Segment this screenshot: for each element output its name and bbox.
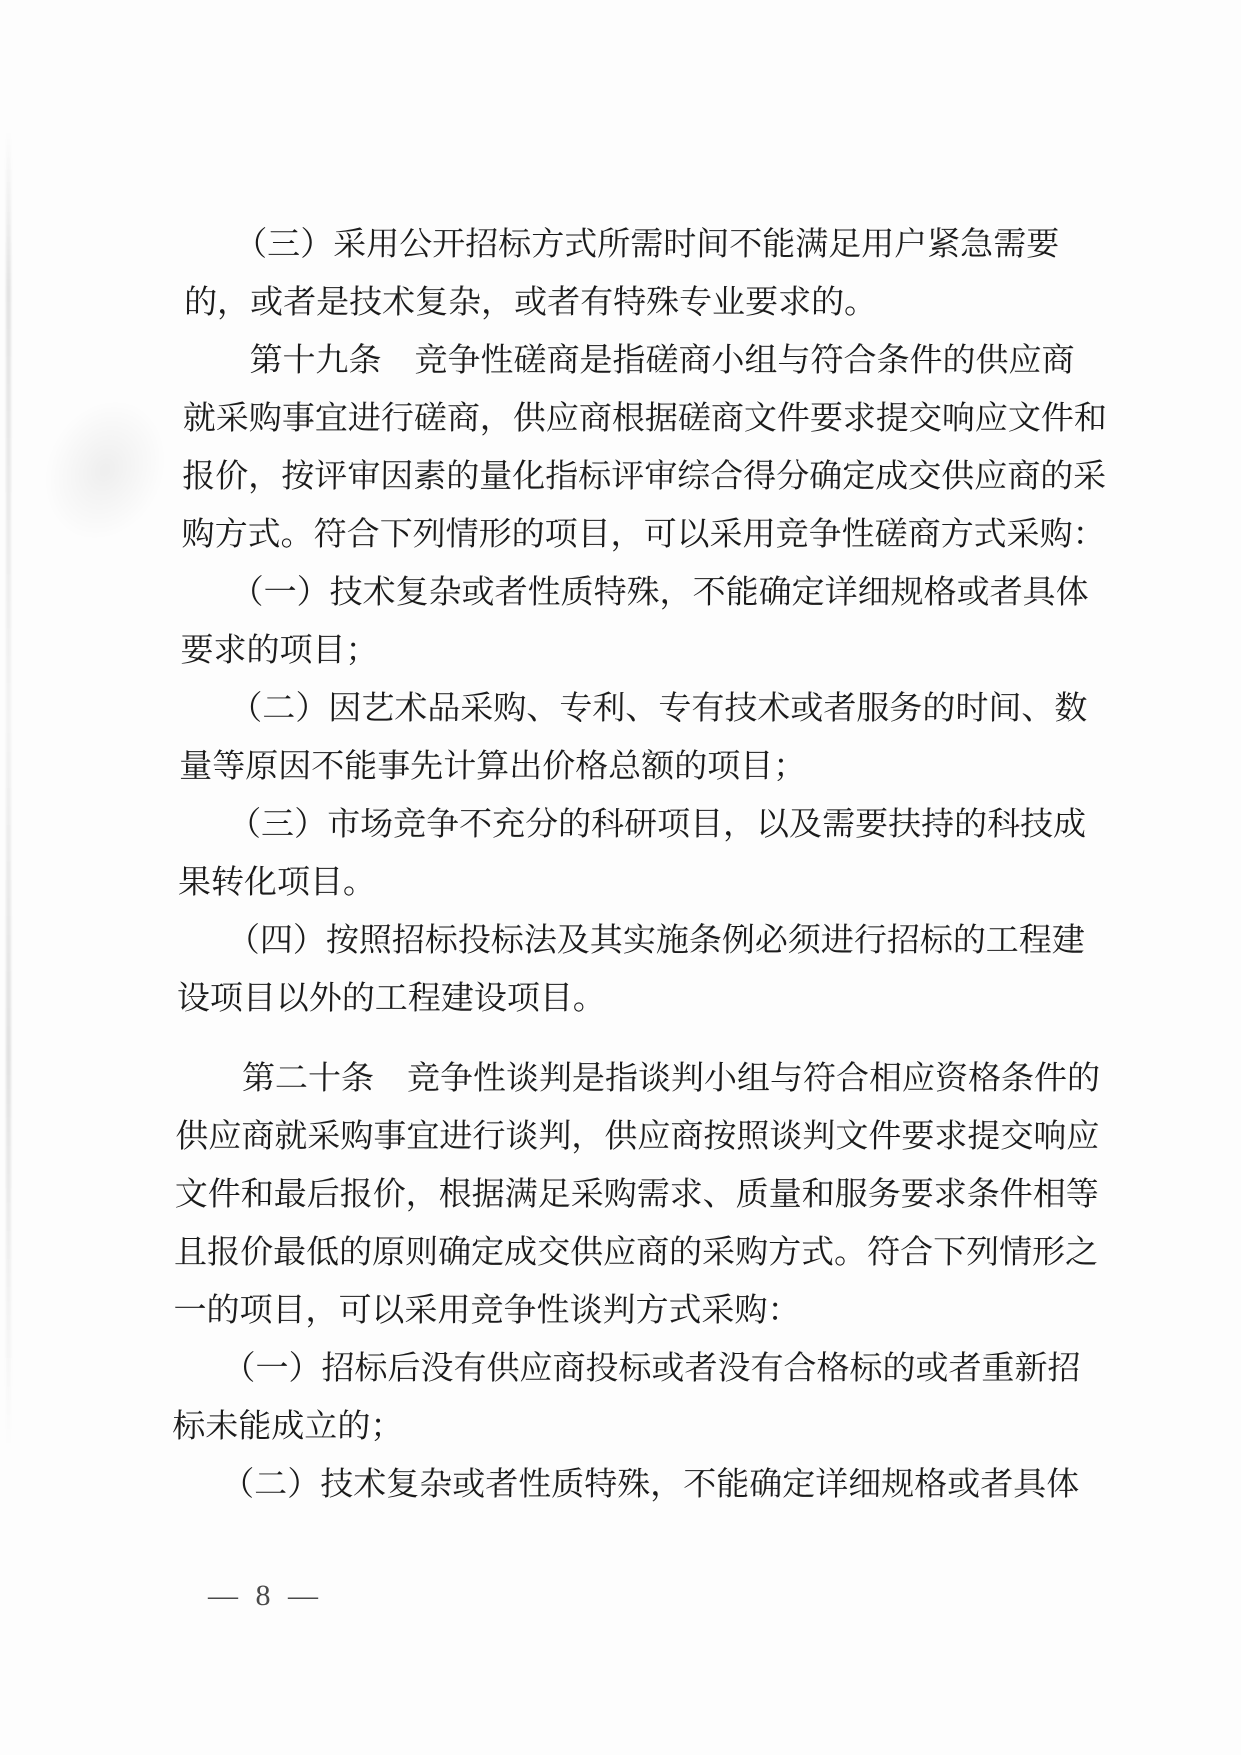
scan-artifact-left-streak xyxy=(6,130,11,1450)
scanned-document-page: （三）采用公开招标方式所需时间不能满足用户紧急需要 的，或者是技术复杂，或者有特… xyxy=(0,0,1241,1755)
paragraph-article-20-item-2: （二）技术复杂或者性质特殊，不能确定详细规格或者具体 xyxy=(171,1456,1162,1514)
document-body: （三）采用公开招标方式所需时间不能满足用户紧急需要 的，或者是技术复杂，或者有特… xyxy=(171,216,1175,1514)
paragraph-article-19-item-4: （四）按照招标投标法及其实施条例必须进行招标的工程建 设项目以外的工程建设项目。 xyxy=(176,912,1167,1028)
page-number: — 8 — xyxy=(208,1581,323,1611)
paragraph-article-19-item-1: （一）技术复杂或者性质特殊，不能确定详细规格或者具体 要求的项目； xyxy=(180,564,1171,680)
paragraph-article-19-item-3: （三）市场竞争不充分的科研项目，以及需要扶持的科技成 果转化项目。 xyxy=(178,796,1169,912)
scan-artifact-smudge xyxy=(19,377,191,564)
paragraph-item-3-continued: （三）采用公开招标方式所需时间不能满足用户紧急需要 的，或者是技术复杂，或者有特… xyxy=(184,216,1175,332)
paragraph-article-19: 第十九条 竞争性磋商是指磋商小组与符合条件的供应商 就采购事宜进行磋商，供应商根… xyxy=(181,332,1173,564)
paragraph-article-20: 第二十条 竞争性谈判是指谈判小组与符合相应资格条件的 供应商就采购事宜进行谈判，… xyxy=(173,1050,1166,1340)
paragraph-article-19-item-2: （二）因艺术品采购、专利、专有技术或者服务的时间、数 量等原因不能事先计算出价格… xyxy=(179,680,1170,796)
paragraph-article-20-item-1: （一）招标后没有供应商投标或者没有合格标的或者重新招 标未能成立的； xyxy=(172,1340,1163,1456)
